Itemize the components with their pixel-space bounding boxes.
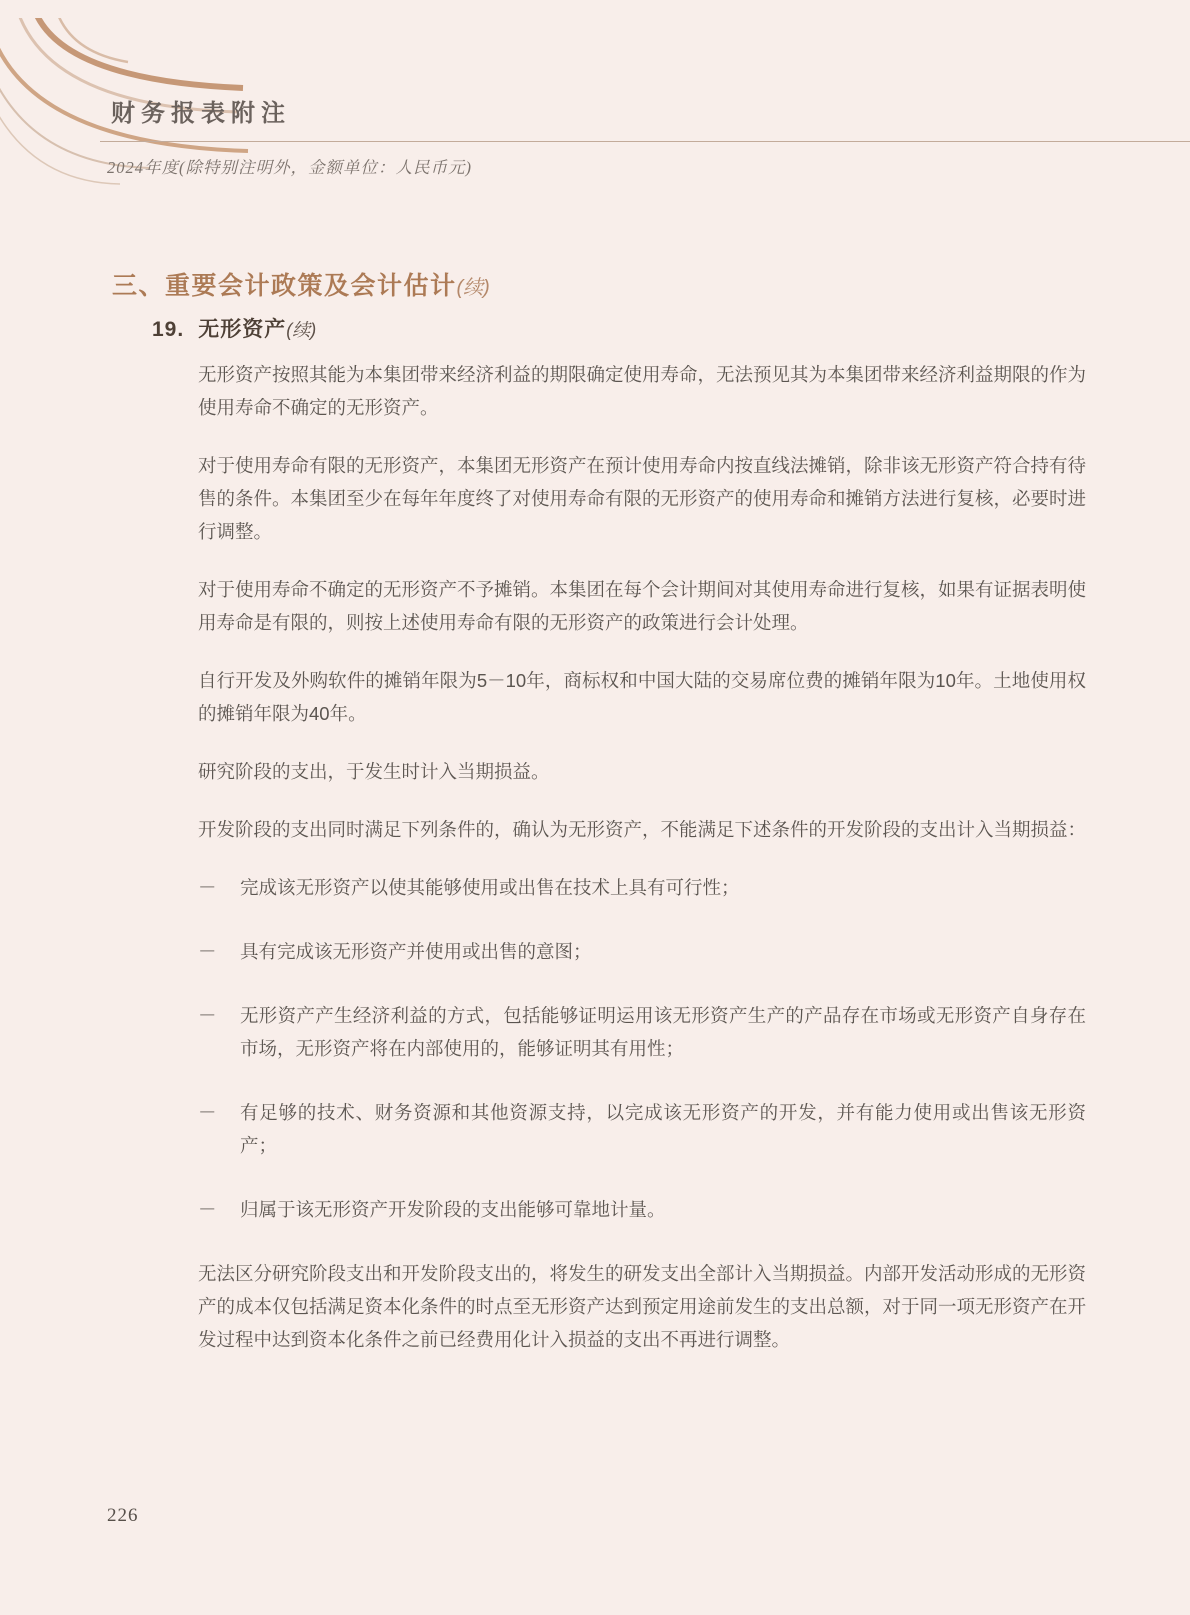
- page-number: 226: [107, 1505, 139, 1527]
- paragraph: 研究阶段的支出，于发生时计入当期损益。: [198, 755, 1086, 788]
- bullet-dash-marker: －: [198, 1193, 240, 1226]
- bullet-text: 无形资产产生经济利益的方式，包括能够证明运用该无形资产生产的产品存在市场或无形资…: [240, 999, 1086, 1065]
- paragraph: 对于使用寿命有限的无形资产，本集团无形资产在预计使用寿命内按直线法摊销，除非该无…: [198, 449, 1086, 548]
- bullet-item: － 完成该无形资产以使其能够使用或出售在技术上具有可行性；: [198, 871, 1086, 904]
- subsection-title: 无形资产: [198, 318, 286, 341]
- bullet-item: － 无形资产产生经济利益的方式，包括能够证明运用该无形资产生产的产品存在市场或无…: [198, 999, 1086, 1065]
- body-content: 无形资产按照其能为本集团带来经济利益的期限确定使用寿命，无法预见其为本集团带来经…: [198, 358, 1086, 1356]
- bullet-dash-marker: －: [198, 1096, 240, 1162]
- paragraph: 对于使用寿命不确定的无形资产不予摊销。本集团在每个会计期间对其使用寿命进行复核，…: [198, 573, 1086, 639]
- bullet-dash-marker: －: [198, 871, 240, 904]
- bullet-dash-marker: －: [198, 999, 240, 1065]
- bullet-text: 完成该无形资产以使其能够使用或出售在技术上具有可行性；: [240, 871, 1086, 904]
- bullet-text: 具有完成该无形资产并使用或出售的意图；: [240, 935, 1086, 968]
- paragraph: 无法区分研究阶段支出和开发阶段支出的，将发生的研发支出全部计入当期损益。内部开发…: [198, 1257, 1086, 1356]
- section-heading-text: 三、重要会计政策及会计估计: [112, 272, 457, 300]
- paragraph: 无形资产按照其能为本集团带来经济利益的期限确定使用寿命，无法预见其为本集团带来经…: [198, 358, 1086, 424]
- bullet-item: － 具有完成该无形资产并使用或出售的意图；: [198, 935, 1086, 968]
- subsection-number: 19.: [152, 318, 184, 341]
- bullet-item: － 有足够的技术、财务资源和其他资源支持，以完成该无形资产的开发，并有能力使用或…: [198, 1096, 1086, 1162]
- section-heading-continued: (续): [457, 277, 490, 299]
- bullet-item: － 归属于该无形资产开发阶段的支出能够可靠地计量。: [198, 1193, 1086, 1226]
- bullet-text: 归属于该无形资产开发阶段的支出能够可靠地计量。: [240, 1193, 1086, 1226]
- section-heading: 三、重要会计政策及会计估计(续): [112, 266, 490, 302]
- report-subtitle: 2024年度(除特别注明外，金额单位：人民币元): [107, 154, 472, 178]
- page-title: 财务报表附注: [111, 93, 291, 128]
- header-divider: [100, 141, 1190, 142]
- subsection-heading: 19.无形资产(续): [152, 313, 316, 343]
- report-page: 财务报表附注 2024年度(除特别注明外，金额单位：人民币元) 三、重要会计政策…: [0, 0, 1190, 1615]
- paragraph: 开发阶段的支出同时满足下列条件的，确认为无形资产，不能满足下述条件的开发阶段的支…: [198, 813, 1086, 846]
- bullet-text: 有足够的技术、财务资源和其他资源支持，以完成该无形资产的开发，并有能力使用或出售…: [240, 1096, 1086, 1162]
- subsection-continued: (续): [286, 320, 316, 340]
- bullet-dash-marker: －: [198, 935, 240, 968]
- paragraph: 自行开发及外购软件的摊销年限为5－10年，商标权和中国大陆的交易席位费的摊销年限…: [198, 664, 1086, 730]
